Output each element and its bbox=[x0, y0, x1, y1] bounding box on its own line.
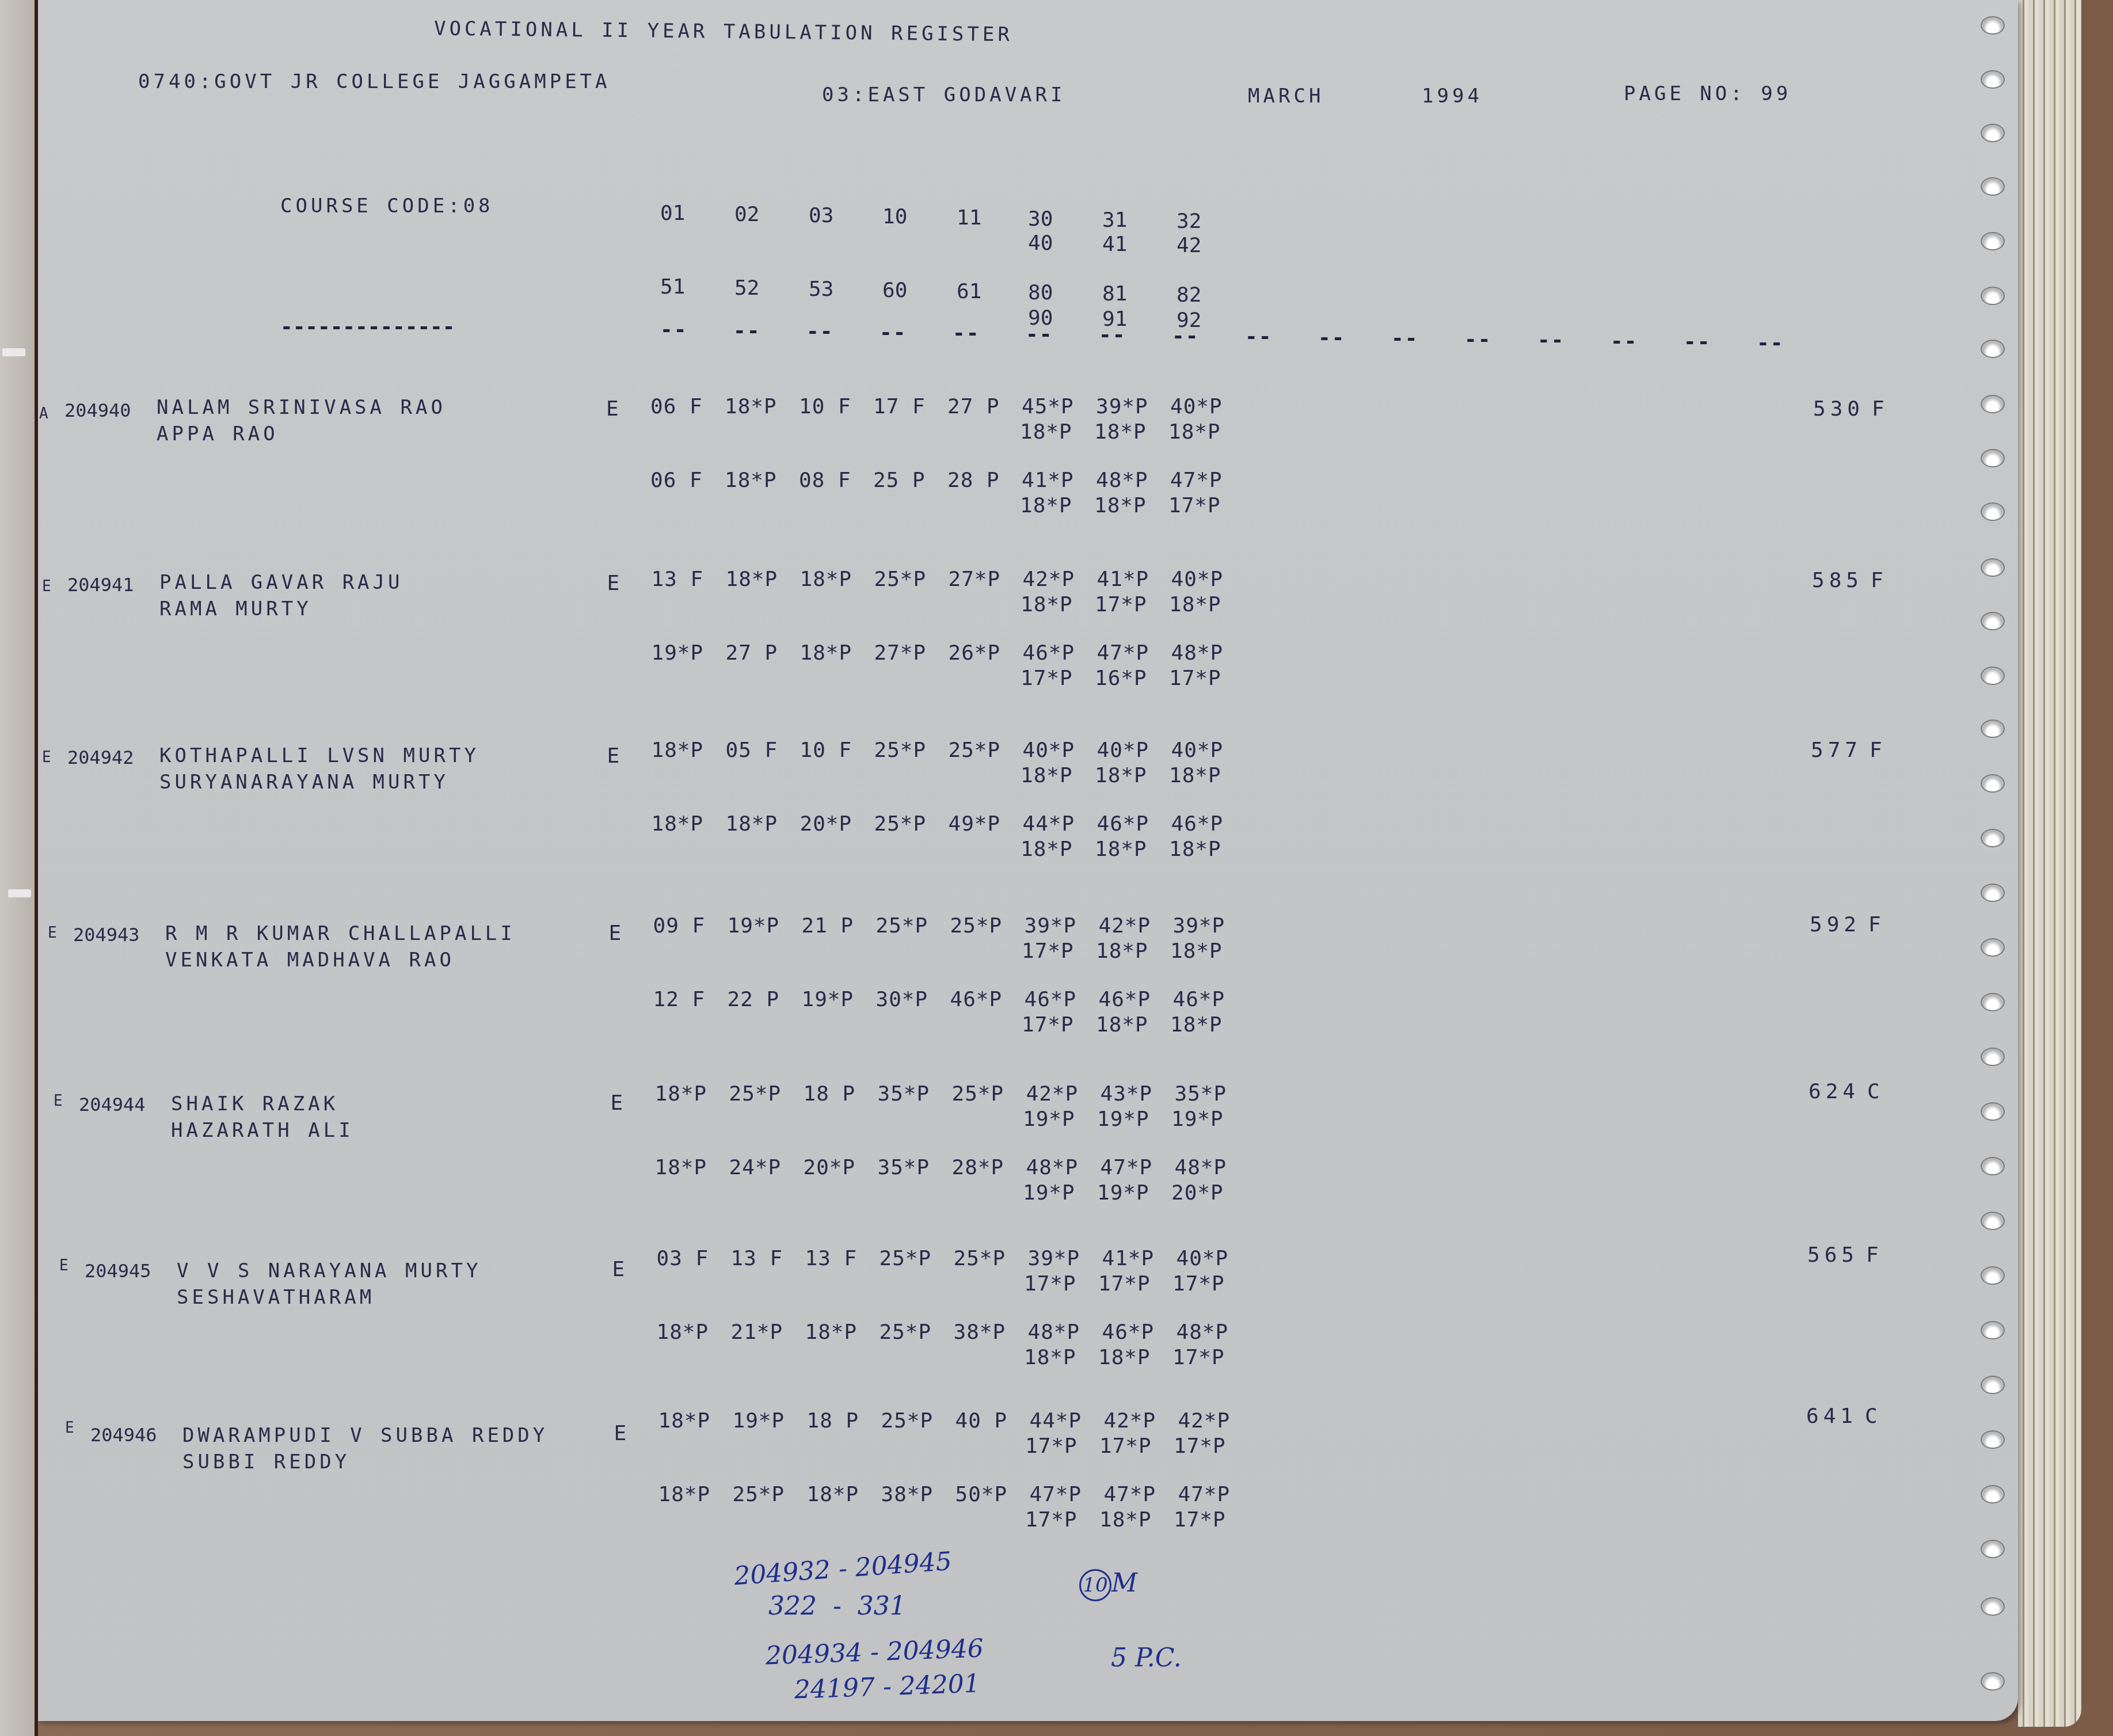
mark-cell: 18*P bbox=[1021, 593, 1095, 616]
subject-code: 02 bbox=[734, 203, 759, 226]
handwritten-note-5pc: 5 P.C. bbox=[1111, 1643, 1182, 1673]
column-dash: -- bbox=[953, 322, 980, 345]
student-name: R M R KUMAR CHALLAPALLI bbox=[165, 922, 516, 945]
punch-hole bbox=[1981, 1266, 2005, 1285]
punch-hole bbox=[1981, 177, 2005, 196]
mark-cell: 19*P bbox=[652, 641, 726, 665]
course-underline: -------------- bbox=[280, 315, 455, 339]
mark-cell: 18*P bbox=[1020, 494, 1094, 517]
mark-cell: 18*P bbox=[1020, 420, 1094, 444]
total-marks: 577 bbox=[1811, 738, 1862, 762]
exam-category: E bbox=[607, 744, 620, 768]
subject-code: 82 bbox=[1177, 283, 1201, 307]
mark-cell: 18*P bbox=[1169, 593, 1243, 616]
mark-cell: 18*P bbox=[1169, 837, 1243, 861]
punch-hole bbox=[1981, 884, 2005, 902]
marks-attempt-1-practicals: 17*P17*P17*P bbox=[1024, 1272, 1247, 1296]
mark-cell: 25*P bbox=[733, 1483, 807, 1506]
mark-cell: 18*P bbox=[800, 641, 874, 665]
marks-attempt-1: 09 F19*P21 P25*P25*P39*P42*P39*P bbox=[653, 914, 1247, 938]
mark-cell: 46*P bbox=[1102, 1320, 1177, 1344]
mark-cell: 17 F bbox=[873, 395, 947, 418]
mark-cell: 25*P bbox=[874, 738, 949, 762]
mark-cell: 48*P bbox=[1096, 469, 1170, 492]
mark-cell: 17*P bbox=[1024, 1272, 1098, 1296]
mark-cell: 17*P bbox=[1022, 1013, 1096, 1037]
record-flag: E bbox=[48, 924, 57, 942]
mark-cell: 18*P bbox=[1095, 764, 1169, 787]
father-name: RAMA MURTY bbox=[159, 597, 312, 620]
mark-cell: 18*P bbox=[1021, 764, 1095, 787]
mark-cell: 25*P bbox=[729, 1082, 804, 1106]
punch-hole bbox=[1981, 16, 2005, 35]
mark-cell: 18*P bbox=[725, 469, 799, 492]
result-status: C bbox=[1867, 1080, 1884, 1103]
mark-cell: 19*P bbox=[1097, 1107, 1171, 1131]
mark-cell: 19*P bbox=[1023, 1107, 1097, 1131]
mark-cell: 40*P bbox=[1097, 738, 1171, 762]
marks-attempt-2-practicals: 18*P18*P18*P bbox=[1021, 837, 1243, 861]
mark-cell: 43*P bbox=[1101, 1082, 1175, 1106]
marks-attempt-1: 18*P05 F10 F25*P25*P40*P40*P40*P bbox=[652, 738, 1246, 762]
roll-number: 204941 bbox=[67, 574, 134, 596]
mark-cell: 25*P bbox=[950, 914, 1025, 938]
exam-category: E bbox=[609, 922, 622, 945]
punch-hole bbox=[1981, 993, 2005, 1011]
mark-cell: 46*P bbox=[1023, 641, 1097, 665]
mark-cell: 18*P bbox=[725, 395, 799, 418]
course-code: COURSE CODE:08 bbox=[280, 195, 494, 218]
subject-code: 30 bbox=[1028, 207, 1053, 231]
punch-hole bbox=[1981, 340, 2005, 358]
mark-cell: 25*P bbox=[954, 1247, 1028, 1270]
roll-number: 204940 bbox=[64, 399, 131, 421]
mark-cell: 28 P bbox=[947, 469, 1022, 492]
mark-cell: 38*P bbox=[954, 1320, 1028, 1344]
mark-cell: 47*P bbox=[1030, 1483, 1104, 1506]
mark-cell: 27 P bbox=[947, 395, 1022, 418]
punch-hole bbox=[1981, 774, 2005, 793]
mark-cell: 25 P bbox=[873, 469, 947, 492]
mark-cell: 47*P bbox=[1170, 469, 1244, 492]
subject-code: 11 bbox=[957, 206, 981, 230]
mark-cell: 17*P bbox=[1168, 494, 1243, 517]
punch-hole bbox=[1981, 719, 2005, 738]
mark-cell: 42*P bbox=[1026, 1082, 1101, 1106]
total-marks: 641 bbox=[1806, 1404, 1857, 1428]
record-flag: A bbox=[39, 405, 48, 422]
binder-ring bbox=[8, 889, 31, 897]
mark-cell: 42*P bbox=[1099, 914, 1173, 938]
mark-cell: 40*P bbox=[1171, 738, 1246, 762]
mark-cell: 39*P bbox=[1025, 914, 1099, 938]
marks-attempt-1: 03 F13 F13 F25*P25*P39*P41*P40*P bbox=[657, 1247, 1251, 1270]
mark-cell: 08 F bbox=[799, 469, 873, 492]
punch-hole bbox=[1981, 1048, 2005, 1066]
handwritten-range-2: 322 - 331 bbox=[768, 1592, 906, 1621]
mark-cell: 18*P bbox=[1094, 494, 1168, 517]
punch-hole bbox=[1981, 667, 2005, 685]
exam-category: E bbox=[606, 397, 619, 421]
marks-attempt-2: 18*P21*P18*P25*P38*P48*P46*P48*P bbox=[657, 1320, 1251, 1344]
punch-hole bbox=[1981, 1376, 2005, 1394]
mark-cell: 30*P bbox=[876, 988, 950, 1011]
column-dash: -- bbox=[806, 320, 833, 344]
circled-number: 10 bbox=[1079, 1569, 1111, 1601]
marks-attempt-1-practicals: 18*P17*P18*P bbox=[1021, 593, 1243, 616]
page-stack-edge bbox=[2018, 0, 2081, 1727]
handwritten-note-10m: 10M bbox=[1079, 1569, 1137, 1601]
result-status: F bbox=[1868, 913, 1886, 936]
mark-cell: 18*P bbox=[652, 812, 726, 836]
column-dash: -- bbox=[1026, 323, 1053, 347]
mark-cell: 44*P bbox=[1023, 812, 1097, 836]
subject-code: 60 bbox=[882, 279, 907, 302]
mark-cell: 05 F bbox=[726, 738, 800, 762]
mark-cell: 25*P bbox=[952, 1082, 1026, 1106]
mark-cell: 25*P bbox=[874, 812, 949, 836]
subject-code: 40 bbox=[1028, 231, 1053, 255]
father-name: HAZARATH ALI bbox=[171, 1119, 354, 1142]
mark-cell: 19*P bbox=[802, 988, 876, 1011]
roll-number: 204942 bbox=[67, 747, 134, 768]
father-name: APPA RAO bbox=[157, 422, 279, 446]
column-dash: -- bbox=[1172, 325, 1199, 348]
mark-cell: 20*P bbox=[800, 812, 874, 836]
mark-cell: 13 F bbox=[652, 568, 726, 591]
punch-hole bbox=[1981, 612, 2005, 630]
mark-cell: 18*P bbox=[1095, 837, 1169, 861]
mark-cell: 39*P bbox=[1028, 1247, 1102, 1270]
mark-cell: 46*P bbox=[1173, 988, 1247, 1011]
mark-cell: 39*P bbox=[1173, 914, 1247, 938]
mark-cell: 18*P bbox=[726, 568, 800, 591]
mark-cell: 17*P bbox=[1174, 1434, 1248, 1458]
marks-attempt-2: 18*P18*P20*P25*P49*P44*P46*P46*P bbox=[652, 812, 1246, 836]
mark-cell: 48*P bbox=[1175, 1156, 1249, 1179]
mark-cell: 18*P bbox=[1021, 837, 1095, 861]
mark-cell: 10 F bbox=[800, 738, 874, 762]
mark-cell: 13 F bbox=[731, 1247, 805, 1270]
column-dash: -- bbox=[880, 321, 907, 345]
mark-cell: 40*P bbox=[1023, 738, 1097, 762]
mark-cell: 18*P bbox=[1096, 939, 1170, 963]
mark-cell: 16*P bbox=[1095, 667, 1169, 690]
mark-cell: 40 P bbox=[955, 1409, 1030, 1433]
previous-page-edge bbox=[0, 0, 38, 1736]
father-name: SURYANARAYANA MURTY bbox=[159, 771, 449, 794]
mark-cell: 46*P bbox=[1097, 812, 1171, 836]
record-flag: E bbox=[65, 1419, 74, 1437]
column-dash: -- bbox=[1245, 325, 1272, 349]
mark-cell: 19*P bbox=[1023, 1181, 1097, 1205]
punch-hole bbox=[1981, 124, 2005, 142]
mark-cell: 46*P bbox=[1025, 988, 1099, 1011]
column-dash: -- bbox=[1611, 330, 1638, 353]
column-dash: -- bbox=[733, 319, 760, 343]
punch-hole bbox=[1981, 1540, 2005, 1558]
mark-cell: 18*P bbox=[658, 1483, 733, 1506]
record-flag: E bbox=[42, 578, 51, 595]
subject-code: 31 bbox=[1102, 208, 1127, 232]
mark-cell: 17*P bbox=[1025, 1434, 1099, 1458]
punch-hole bbox=[1981, 1485, 2005, 1503]
punch-hole bbox=[1981, 232, 2005, 250]
mark-cell: 27*P bbox=[874, 641, 949, 665]
note-suffix: M bbox=[1111, 1569, 1137, 1598]
mark-cell: 45*P bbox=[1022, 395, 1096, 418]
page-label: PAGE NO: bbox=[1624, 82, 1746, 105]
punch-hole bbox=[1981, 1157, 2005, 1175]
result-status: F bbox=[1866, 1243, 1883, 1267]
student-name: PALLA GAVAR RAJU bbox=[159, 571, 403, 594]
mark-cell: 46*P bbox=[950, 988, 1025, 1011]
mark-cell: 35*P bbox=[878, 1156, 952, 1179]
page-number-label: PAGE NO: 99 bbox=[1624, 82, 1791, 105]
marks-attempt-1-practicals: 17*P18*P18*P bbox=[1022, 939, 1244, 963]
mark-cell: 18*P bbox=[800, 568, 874, 591]
mark-cell: 18*P bbox=[805, 1320, 880, 1344]
mark-cell: 22 P bbox=[728, 988, 802, 1011]
student-name: SHAIK RAZAK bbox=[171, 1092, 338, 1116]
marks-attempt-1-practicals: 19*P19*P19*P bbox=[1023, 1107, 1246, 1131]
total-marks: 530 bbox=[1813, 397, 1864, 421]
marks-attempt-2: 19*P27 P18*P27*P26*P46*P47*P48*P bbox=[652, 641, 1246, 665]
exam-year: 1994 bbox=[1422, 85, 1483, 108]
mark-cell: 18*P bbox=[657, 1320, 731, 1344]
mark-cell: 49*P bbox=[949, 812, 1023, 836]
exam-month: MARCH bbox=[1248, 85, 1324, 108]
mark-cell: 42*P bbox=[1023, 568, 1097, 591]
marks-attempt-2: 06 F18*P08 F25 P28 P41*P48*P47*P bbox=[650, 469, 1244, 492]
subject-code: 61 bbox=[957, 280, 981, 303]
roll-number: 204943 bbox=[73, 924, 140, 946]
mark-cell: 40*P bbox=[1171, 568, 1246, 591]
marks-attempt-1: 06 F18*P10 F17 F27 P45*P39*P40*P bbox=[650, 395, 1244, 418]
mark-cell: 41*P bbox=[1097, 568, 1171, 591]
result-status: C bbox=[1865, 1404, 1882, 1428]
mark-cell: 38*P bbox=[881, 1483, 955, 1506]
record-flag: E bbox=[54, 1092, 63, 1110]
mark-cell: 03 F bbox=[657, 1247, 731, 1270]
marks-attempt-1: 18*P25*P18 P35*P25*P42*P43*P35*P bbox=[655, 1082, 1249, 1106]
mark-cell: 18*P bbox=[807, 1483, 881, 1506]
punch-hole bbox=[1981, 1102, 2005, 1121]
mark-cell: 17*P bbox=[1172, 1272, 1247, 1296]
subject-code: 10 bbox=[882, 205, 907, 229]
mark-cell: 20*P bbox=[1171, 1181, 1246, 1205]
mark-cell: 18 P bbox=[804, 1082, 878, 1106]
column-dash: -- bbox=[1391, 327, 1418, 351]
mark-cell: 18*P bbox=[1169, 764, 1243, 787]
punch-hole bbox=[1981, 70, 2005, 89]
mark-cell: 25*P bbox=[876, 914, 950, 938]
mark-cell: 17*P bbox=[1095, 593, 1169, 616]
marks-attempt-1: 13 F18*P18*P25*P27*P42*P41*P40*P bbox=[652, 568, 1246, 591]
exam-category: E bbox=[611, 1091, 624, 1115]
subject-code: 53 bbox=[809, 277, 833, 301]
subject-code: 51 bbox=[660, 275, 685, 299]
mark-cell: 39*P bbox=[1096, 395, 1170, 418]
mark-cell: 48*P bbox=[1028, 1320, 1102, 1344]
mark-cell: 18 P bbox=[807, 1409, 881, 1433]
punch-hole bbox=[1981, 395, 2005, 413]
marks-attempt-2-practicals: 17*P16*P17*P bbox=[1021, 667, 1243, 690]
column-dash: -- bbox=[1464, 328, 1491, 352]
marks-attempt-1-practicals: 18*P18*P18*P bbox=[1021, 764, 1243, 787]
marks-attempt-1-practicals: 17*P17*P17*P bbox=[1025, 1434, 1248, 1458]
mark-cell: 25*P bbox=[874, 568, 949, 591]
subject-code: 03 bbox=[809, 204, 833, 227]
mark-cell: 25*P bbox=[880, 1247, 954, 1270]
subject-code: 41 bbox=[1102, 233, 1127, 256]
mark-cell: 18*P bbox=[655, 1156, 729, 1179]
punch-hole bbox=[1981, 502, 2005, 521]
mark-cell: 46*P bbox=[1171, 812, 1246, 836]
mark-cell: 27*P bbox=[949, 568, 1023, 591]
marks-attempt-2-practicals: 18*P18*P17*P bbox=[1020, 494, 1243, 517]
mark-cell: 35*P bbox=[1175, 1082, 1249, 1106]
marks-attempt-2-practicals: 19*P19*P20*P bbox=[1023, 1181, 1246, 1205]
mark-cell: 35*P bbox=[878, 1082, 952, 1106]
result-status: F bbox=[1871, 569, 1888, 592]
subject-code: 01 bbox=[660, 201, 685, 225]
mark-cell: 18*P bbox=[1024, 1346, 1098, 1369]
column-dash: -- bbox=[1537, 329, 1564, 352]
mark-cell: 41*P bbox=[1102, 1247, 1177, 1270]
mark-cell: 25*P bbox=[949, 738, 1023, 762]
marks-attempt-1: 18*P19*P18 P25*P40 P44*P42*P42*P bbox=[658, 1409, 1252, 1433]
mark-cell: 20*P bbox=[804, 1156, 878, 1179]
column-dash: -- bbox=[1318, 326, 1345, 350]
page-number: 99 bbox=[1761, 82, 1791, 105]
roll-number: 204946 bbox=[90, 1424, 157, 1446]
mark-cell: 17*P bbox=[1025, 1508, 1099, 1532]
column-dash: -- bbox=[1757, 332, 1784, 355]
total-marks: 624 bbox=[1809, 1080, 1860, 1103]
punch-hole bbox=[1981, 1212, 2005, 1230]
mark-cell: 09 F bbox=[653, 914, 728, 938]
mark-cell: 19*P bbox=[733, 1409, 807, 1433]
mark-cell: 26*P bbox=[949, 641, 1023, 665]
mark-cell: 21*P bbox=[731, 1320, 805, 1344]
mark-cell: 17*P bbox=[1022, 939, 1096, 963]
column-dash: -- bbox=[1099, 323, 1126, 347]
college-name: 0740:GOVT JR COLLEGE JAGGAMPETA bbox=[138, 70, 611, 93]
mark-cell: 48*P bbox=[1171, 641, 1246, 665]
mark-cell: 28*P bbox=[952, 1156, 1026, 1179]
roll-number: 204944 bbox=[79, 1094, 146, 1116]
mark-cell: 18*P bbox=[652, 738, 726, 762]
mark-cell: 47*P bbox=[1101, 1156, 1175, 1179]
student-name: KOTHAPALLI LVSN MURTY bbox=[159, 744, 479, 767]
marks-attempt-2: 18*P25*P18*P38*P50*P47*P47*P47*P bbox=[658, 1483, 1252, 1506]
mark-cell: 17*P bbox=[1099, 1434, 1174, 1458]
mark-cell: 18*P bbox=[655, 1082, 729, 1106]
mark-cell: 18*P bbox=[1170, 1013, 1244, 1037]
marks-attempt-2: 12 F22 P19*P30*P46*P46*P46*P46*P bbox=[653, 988, 1247, 1011]
mark-cell: 18*P bbox=[1099, 1508, 1174, 1532]
mark-cell: 12 F bbox=[653, 988, 728, 1011]
total-marks: 592 bbox=[1810, 913, 1861, 936]
record-flag: E bbox=[59, 1257, 68, 1274]
mark-cell: 42*P bbox=[1104, 1409, 1178, 1433]
mark-cell: 06 F bbox=[650, 469, 725, 492]
mark-cell: 48*P bbox=[1177, 1320, 1251, 1344]
exam-category: E bbox=[612, 1258, 626, 1281]
result-status: F bbox=[1870, 738, 1887, 762]
mark-cell: 06 F bbox=[650, 395, 725, 418]
father-name: SUBBI REDDY bbox=[182, 1451, 350, 1474]
mark-cell: 17*P bbox=[1174, 1508, 1248, 1532]
district-name: 03:EAST GODAVARI bbox=[822, 83, 1066, 106]
mark-cell: 17*P bbox=[1169, 667, 1243, 690]
mark-cell: 17*P bbox=[1098, 1272, 1172, 1296]
mark-cell: 25*P bbox=[881, 1409, 955, 1433]
marks-attempt-1-practicals: 18*P18*P18*P bbox=[1020, 420, 1243, 444]
subject-code: 42 bbox=[1177, 234, 1201, 257]
marks-attempt-2-practicals: 17*P18*P18*P bbox=[1022, 1013, 1244, 1037]
mark-cell: 18*P bbox=[658, 1409, 733, 1433]
subject-code: 80 bbox=[1028, 281, 1053, 304]
punch-hole bbox=[1981, 829, 2005, 847]
punch-hole bbox=[1981, 1597, 2005, 1616]
punch-hole bbox=[1981, 1672, 2005, 1691]
mark-cell: 19*P bbox=[1171, 1107, 1246, 1131]
mark-cell: 47*P bbox=[1178, 1483, 1252, 1506]
mark-cell: 25*P bbox=[880, 1320, 954, 1344]
punch-hole bbox=[1981, 1430, 2005, 1449]
subject-code: 81 bbox=[1102, 282, 1127, 306]
student-name: DWARAMPUDI V SUBBA REDDY bbox=[182, 1424, 548, 1447]
mark-cell: 50*P bbox=[955, 1483, 1030, 1506]
marks-attempt-2: 18*P24*P20*P35*P28*P48*P47*P48*P bbox=[655, 1156, 1249, 1179]
subject-code: 52 bbox=[734, 276, 759, 300]
mark-cell: 40*P bbox=[1170, 395, 1244, 418]
punch-hole bbox=[1981, 558, 2005, 577]
mark-cell: 18*P bbox=[1096, 1013, 1170, 1037]
marks-attempt-2-practicals: 17*P18*P17*P bbox=[1025, 1508, 1248, 1532]
mark-cell: 18*P bbox=[1168, 420, 1243, 444]
mark-cell: 17*P bbox=[1172, 1346, 1247, 1369]
exam-category: E bbox=[614, 1422, 627, 1445]
mark-cell: 10 F bbox=[799, 395, 873, 418]
punch-hole bbox=[1981, 449, 2005, 467]
student-name: V V S NARAYANA MURTY bbox=[177, 1259, 481, 1282]
mark-cell: 40*P bbox=[1177, 1247, 1251, 1270]
father-name: SESHAVATHARAM bbox=[177, 1286, 375, 1309]
mark-cell: 41*P bbox=[1022, 469, 1096, 492]
marks-attempt-2-practicals: 18*P18*P17*P bbox=[1024, 1346, 1247, 1369]
mark-cell: 18*P bbox=[1170, 939, 1244, 963]
record-flag: E bbox=[42, 749, 51, 766]
student-name: NALAM SRINIVASA RAO bbox=[157, 396, 446, 419]
punch-hole bbox=[1981, 287, 2005, 305]
roll-number: 204945 bbox=[85, 1260, 151, 1282]
mark-cell: 18*P bbox=[726, 812, 800, 836]
result-status: F bbox=[1872, 397, 1889, 421]
mark-cell: 44*P bbox=[1030, 1409, 1104, 1433]
punch-hole bbox=[1981, 938, 2005, 957]
mark-cell: 13 F bbox=[805, 1247, 880, 1270]
father-name: VENKATA MADHAVA RAO bbox=[165, 949, 455, 972]
mark-cell: 21 P bbox=[802, 914, 876, 938]
total-marks: 565 bbox=[1807, 1243, 1859, 1267]
binder-ring bbox=[2, 348, 25, 356]
column-dash: -- bbox=[1684, 330, 1711, 354]
total-marks: 585 bbox=[1812, 569, 1863, 592]
mark-cell: 19*P bbox=[728, 914, 802, 938]
